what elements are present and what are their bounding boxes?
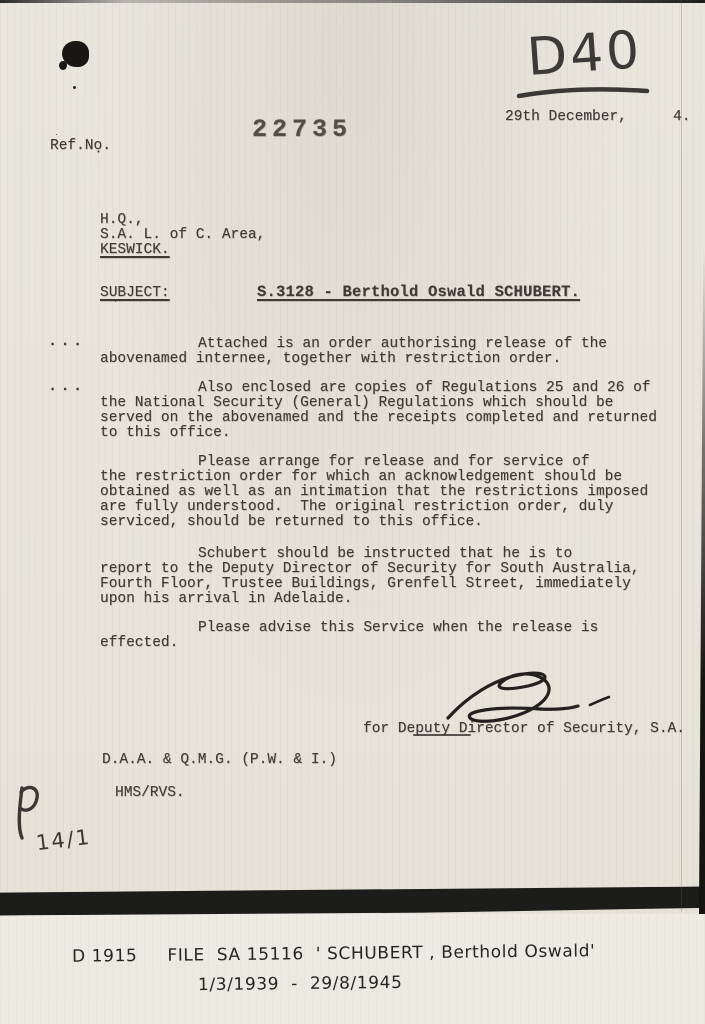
paper-crease — [681, 0, 682, 912]
subject-label: SUBJECT: — [100, 286, 170, 301]
body-line: Fourth Floor, Trustee Buildings, Grenfel… — [100, 577, 631, 592]
subject-value: S.3128 - Berthold Oswald SCHUBERT. — [257, 285, 580, 300]
backing-sheet — [0, 914, 705, 1024]
page-top-edge — [0, 0, 705, 3]
address-line: S.A. L. of C. Area, — [100, 228, 265, 243]
address-line: H.Q., — [100, 213, 144, 228]
margin-mark: ... — [48, 379, 86, 394]
body-line: effected. — [100, 636, 178, 651]
body-line: served on the abovenamed and the receipt… — [100, 411, 657, 426]
paper-specks — [73, 86, 76, 89]
ref-number-stamp: 22735 — [252, 122, 352, 137]
ref-label: Ref.No. — [50, 139, 111, 154]
initials-line: HMS/RVS. — [115, 786, 185, 801]
address-line-keswick: KESWICK. — [100, 243, 170, 258]
body-line: abovenamed internee, together with restr… — [100, 352, 561, 367]
body-line: Please advise this Service when the rele… — [198, 621, 598, 636]
signoff-line: for Deputy Director of Security, S.A. — [363, 722, 685, 737]
body-line: Please arrange for release and for servi… — [198, 455, 590, 470]
archive-caption-line: 1/3/1939 - 29/8/1945 — [198, 973, 403, 995]
date-text: 29th December, — [505, 110, 627, 125]
body-line: serviced, should be returned to this off… — [100, 515, 483, 530]
handwritten-code: D40 — [525, 20, 644, 88]
hole-punch — [62, 41, 89, 67]
body-line: the restriction order for which an ackno… — [100, 470, 622, 485]
body-line: Schubert should be instructed that he is… — [198, 547, 572, 562]
body-line: report to the Deputy Director of Securit… — [100, 562, 640, 577]
body-line: to this office. — [100, 426, 231, 441]
body-line: Attached is an order authorising release… — [198, 337, 607, 352]
handwritten-underline — [515, 82, 655, 102]
officer-line: D.A.A. & Q.M.G. (P.W. & I.) — [102, 753, 337, 768]
body-line: upon his arrival in Adelaide. — [100, 592, 352, 607]
body-line: are fully understood. The original restr… — [100, 500, 613, 515]
body-line: obtained as well as an intimation that t… — [100, 485, 648, 500]
scanned-letter: D40 29th December, 4. Ref.No. 22735 H.Q.… — [0, 0, 705, 1024]
pen-stroke — [413, 734, 471, 736]
body-line: Also enclosed are copies of Regulations … — [198, 381, 650, 396]
margin-mark: ... — [48, 334, 86, 349]
page-number: 4. — [673, 110, 690, 125]
body-line: the National Security (General) Regulati… — [100, 396, 613, 411]
